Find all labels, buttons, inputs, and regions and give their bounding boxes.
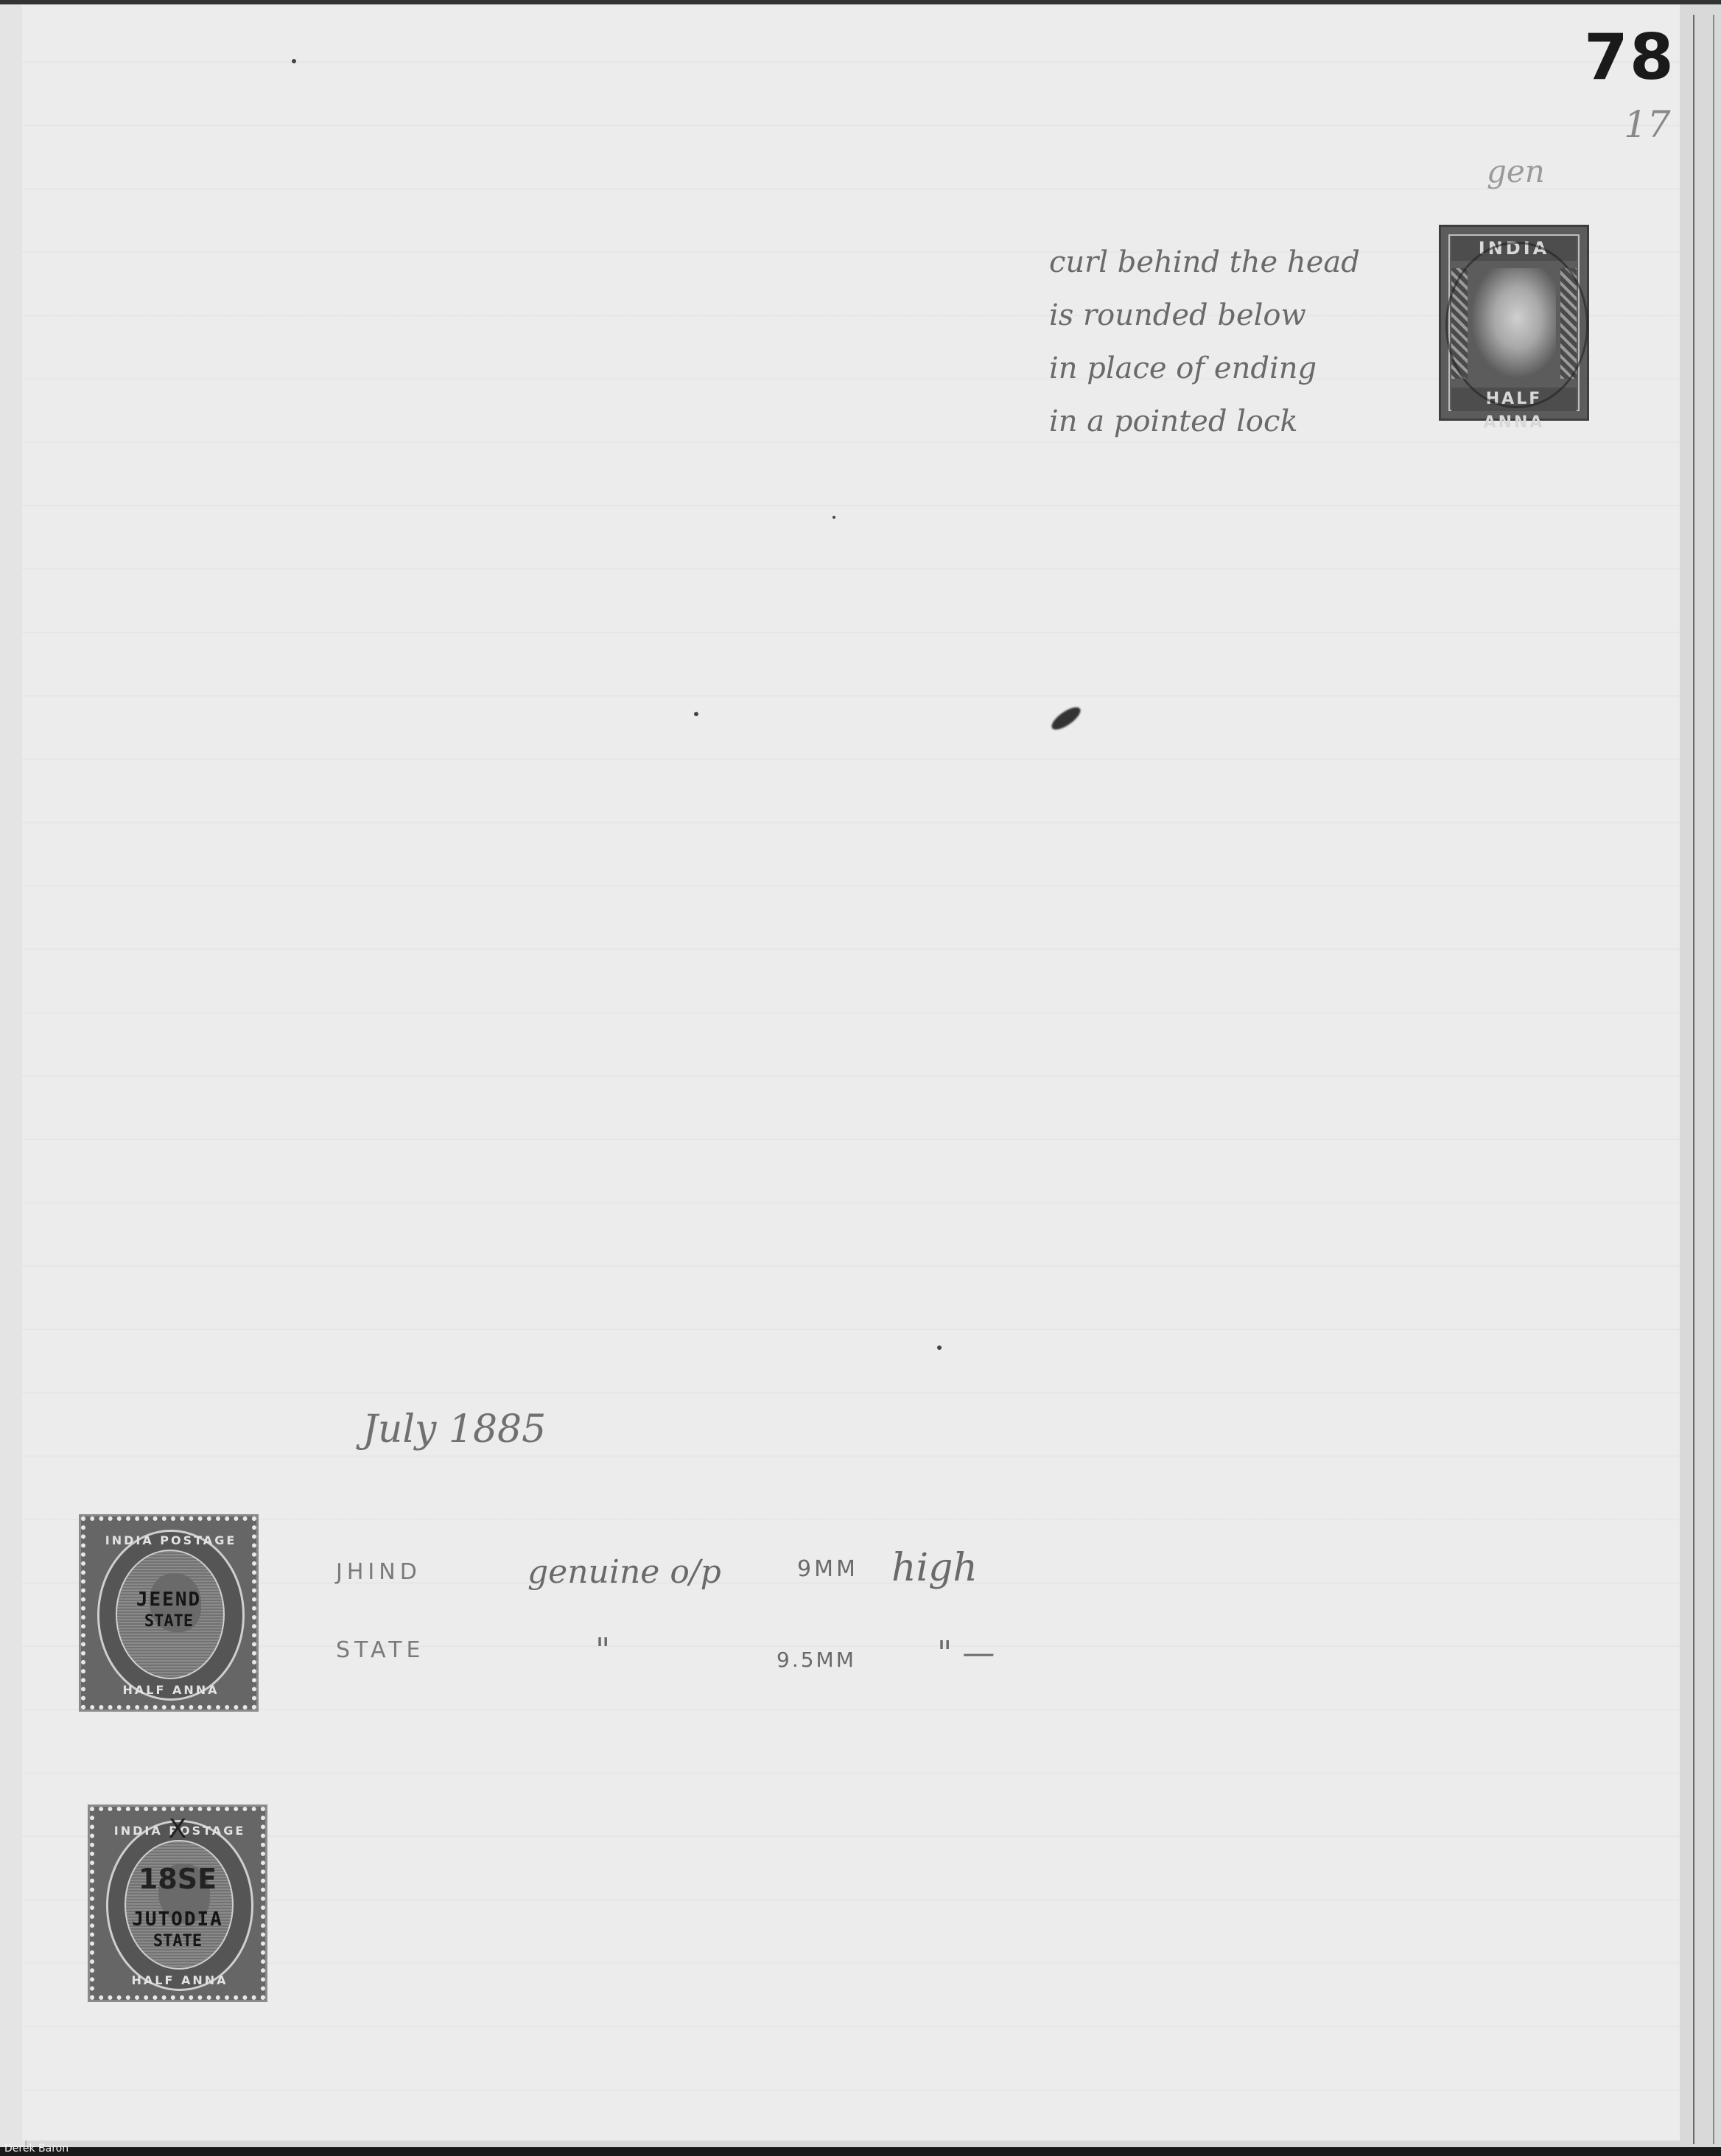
postmark-date: 18SE (94, 1863, 261, 1895)
paper-speck (292, 59, 296, 63)
overprint-line1: JUTODIA (94, 1908, 261, 1931)
stamp-ring-top: INDIA POSTAGE (99, 1533, 242, 1547)
overprint-label-line2: STATE (336, 1637, 425, 1663)
height-suffix: high (891, 1546, 978, 1590)
scan-edge-top (0, 0, 1721, 4)
note-line: is rounded below (1049, 289, 1360, 342)
overprint-label-line1: JHIND (336, 1559, 421, 1585)
postmark-cancel (1445, 242, 1588, 408)
date-note: July 1885 (362, 1407, 546, 1452)
stamp-jutodia-state: INDIA POSTAGE HALF ANNA X 18SE JUTODIA S… (90, 1807, 265, 2000)
ditto-mark: " (595, 1631, 610, 1669)
paper-speck (694, 712, 698, 716)
note-line: curl behind the head (1049, 236, 1360, 289)
page-edge-rule (1713, 15, 1714, 2144)
stamp-ring-bottom: HALF ANNA (99, 1683, 242, 1697)
genuine-note: gen (1487, 153, 1545, 189)
note-line: in a pointed lock (1049, 395, 1360, 448)
stamp-india-half-anna-imperf: INDIA HALF ANNA (1439, 225, 1589, 421)
stamp-oval-frame: INDIA POSTAGE HALF ANNA (106, 1820, 253, 1991)
album-page (22, 0, 1680, 2141)
genuine-overprint-note: genuine o/p (527, 1553, 721, 1591)
overprint-line1: JEEND (85, 1589, 252, 1611)
overprint-line2: STATE (94, 1932, 261, 1950)
alt-page-number: 17 (1624, 103, 1671, 146)
paper-speck (833, 516, 835, 519)
page-edge-rule (1693, 15, 1694, 2144)
stamp-ring-bottom: HALF ANNA (108, 1973, 251, 1987)
page-number: 78 (1584, 21, 1675, 94)
overprint-line2: STATE (85, 1612, 252, 1631)
curl-description-note: curl behind the head is rounded below in… (1049, 236, 1360, 448)
stamp-jeend-state: INDIA POSTAGE HALF ANNA JEEND STATE (81, 1516, 256, 1709)
overprint-height: 9MM (797, 1556, 858, 1582)
postmark-cancel-mark: X (94, 1814, 261, 1844)
overprint-height: 9.5MM (777, 1648, 856, 1672)
ditto-mark: " — (937, 1634, 995, 1672)
note-line: in place of ending (1049, 342, 1360, 395)
scan-edge-bottom (0, 2147, 1721, 2156)
photographer-watermark: Derek Baron (4, 2143, 69, 2155)
paper-speck (937, 1345, 942, 1350)
